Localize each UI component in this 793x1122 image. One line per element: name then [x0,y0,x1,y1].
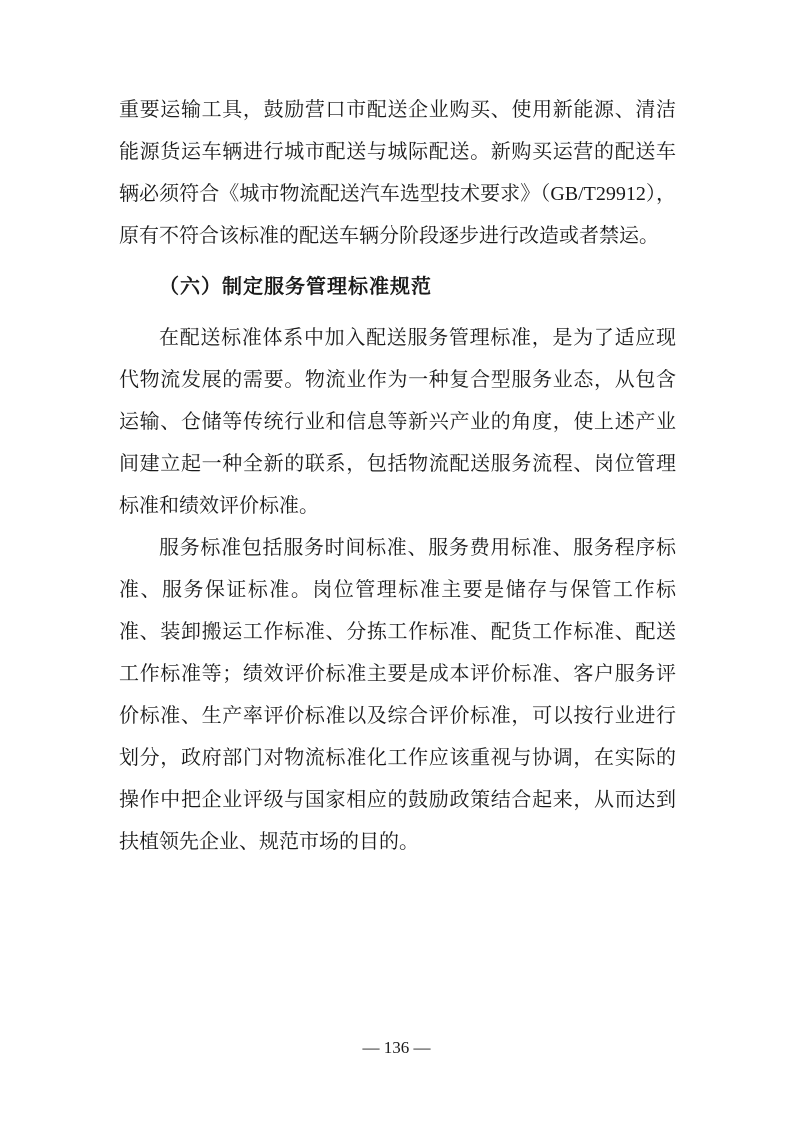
paragraph-continuation: 重要运输工具，鼓励营口市配送企业购买、使用新能源、清洁能源货运车辆进行城市配送与… [119,89,676,257]
paragraph: 在配送标准体系中加入配送服务管理标准，是为了适应现代物流发展的需要。物流业作为一… [119,317,676,527]
document-body: 重要运输工具，鼓励营口市配送企业购买、使用新能源、清洁能源货运车辆进行城市配送与… [119,89,676,863]
page-number: — 136 — [0,1036,793,1060]
paragraph: 服务标准包括服务时间标准、服务费用标准、服务程序标准、服务保证标准。岗位管理标准… [119,527,676,863]
document-page: 重要运输工具，鼓励营口市配送企业购买、使用新能源、清洁能源货运车辆进行城市配送与… [0,0,793,1122]
section-heading: （六）制定服务管理标准规范 [119,266,676,308]
